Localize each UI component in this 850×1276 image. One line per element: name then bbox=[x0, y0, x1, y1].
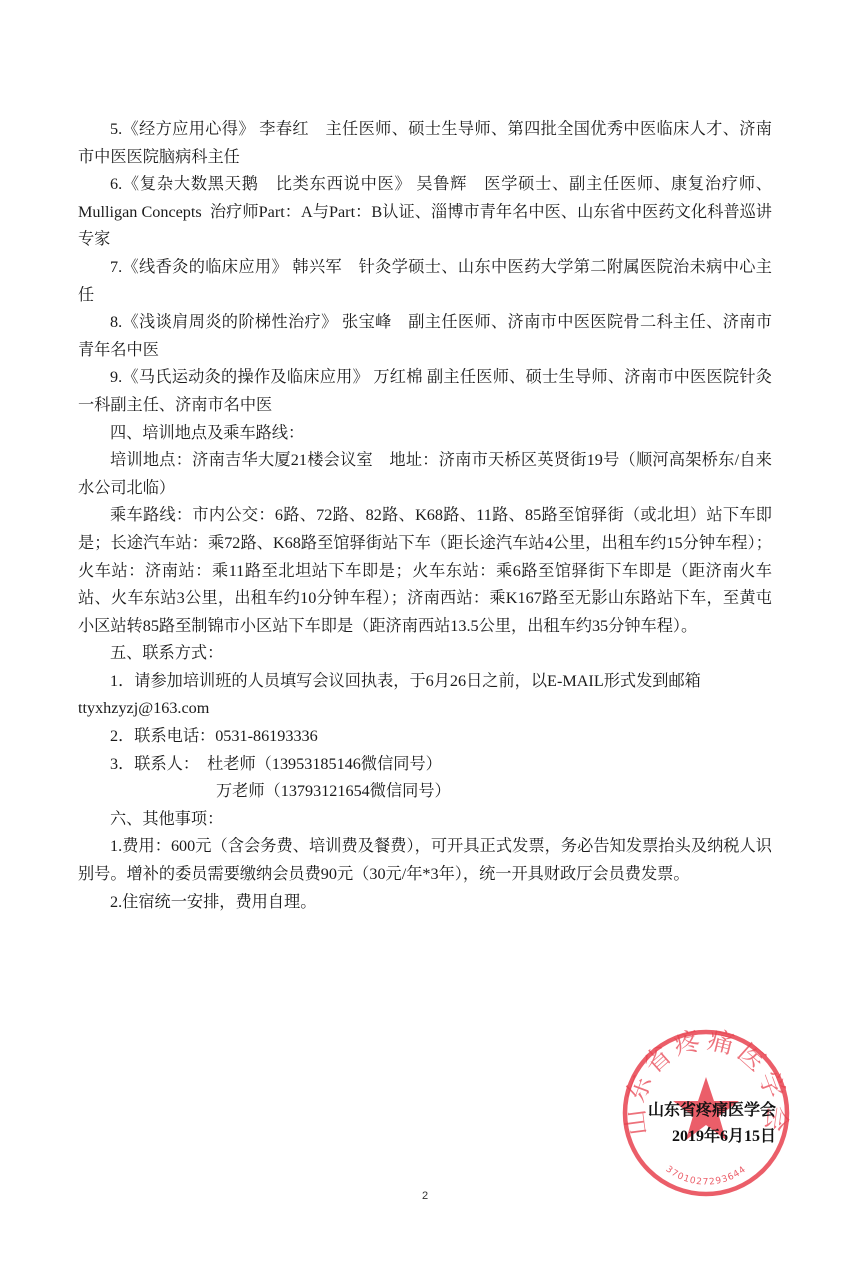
contact-person-wan: 万老师（13793121654微信同号） bbox=[78, 778, 772, 806]
signature-date: 2019年6月15日 bbox=[648, 1124, 776, 1150]
contact-item-registration: 1．请参加培训班的人员填写会议回执表，于6月26日之前，以E-MAIL形式发到邮… bbox=[78, 668, 772, 696]
signature-organization: 山东省疼痛医学会 bbox=[648, 1098, 776, 1124]
section-heading-location: 四、培训地点及乘车路线： bbox=[78, 420, 772, 448]
document-page: 5.《经方应用心得》 李春红 主任医师、硕士生导师、第四批全国优秀中医临床人才、… bbox=[0, 0, 850, 1276]
speaker-item-8: 8.《浅谈肩周炎的阶梯性治疗》 张宝峰 副主任医师、济南市中医医院骨二科主任、济… bbox=[78, 309, 772, 364]
other-item-accommodation: 2.住宿统一安排，费用自理。 bbox=[78, 889, 772, 917]
contact-phone: 2．联系电话：0531-86193336 bbox=[78, 723, 772, 751]
speaker-item-5: 5.《经方应用心得》 李春红 主任医师、硕士生导师、第四批全国优秀中医临床人才、… bbox=[78, 116, 772, 171]
training-location: 培训地点：济南吉华大厦21楼会议室 地址：济南市天桥区英贤街19号（顺河高架桥东… bbox=[78, 447, 772, 502]
contact-email: ttyxhzyzj@163.com bbox=[78, 695, 772, 723]
bus-route: 乘车路线：市内公交：6路、72路、82路、K68路、11路、85路至馆驿街（或北… bbox=[78, 502, 772, 640]
contact-person-du: 3．联系人： 杜老师（13953185146微信同号） bbox=[78, 751, 772, 779]
section-heading-contact: 五、联系方式： bbox=[78, 640, 772, 668]
page-number: 2 bbox=[0, 1190, 850, 1202]
section-heading-other: 六、其他事项： bbox=[78, 806, 772, 834]
speaker-item-6: 6.《复杂大数黑天鹅 比类东西说中医》 吴鲁辉 医学硕士、副主任医师、康复治疗师… bbox=[78, 171, 772, 254]
speaker-item-7: 7.《线香灸的临床应用》 韩兴军 针灸学硕士、山东中医药大学第二附属医院治未病中… bbox=[78, 254, 772, 309]
signature-block: 山东省疼痛医学会 2019年6月15日 bbox=[648, 1098, 776, 1150]
document-body: 5.《经方应用心得》 李春红 主任医师、硕士生导师、第四批全国优秀中医临床人才、… bbox=[78, 116, 772, 916]
svg-text:3701027293644: 3701027293644 bbox=[664, 1165, 749, 1188]
speaker-item-9: 9.《马氏运动灸的操作及临床应用》 万红棉 副主任医师、硕士生导师、济南市中医医… bbox=[78, 364, 772, 419]
other-item-fee: 1.费用：600元（含会务费、培训费及餐费），可开具正式发票，务必告知发票抬头及… bbox=[78, 833, 772, 888]
